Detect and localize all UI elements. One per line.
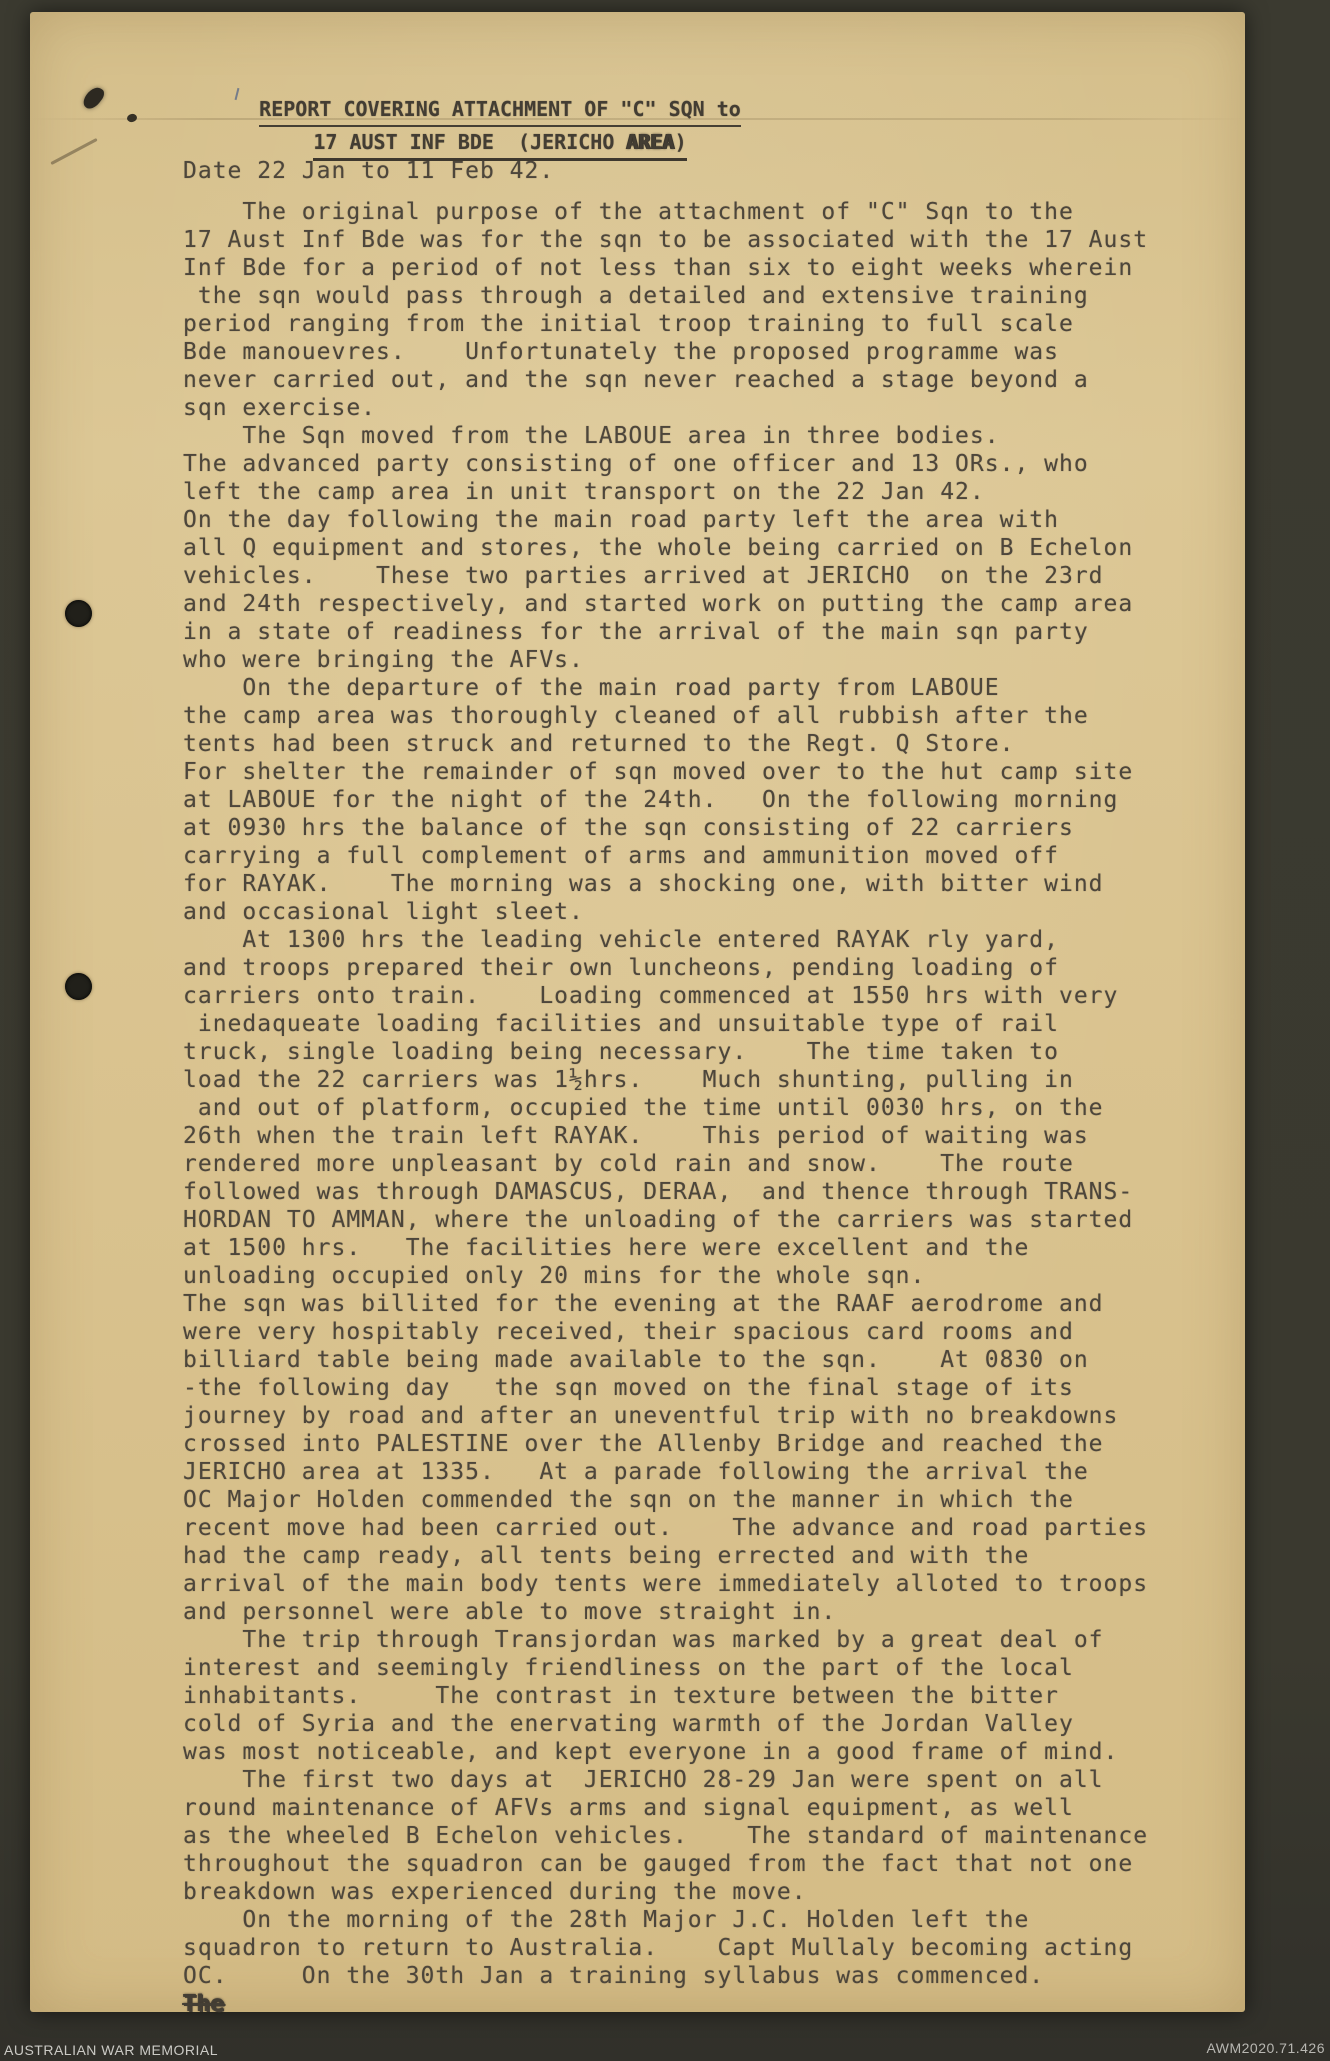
scanned-document-view: REPORT COVERING ATTACHMENT OF "C" SQN to… [0, 0, 1330, 2061]
report-title: REPORT COVERING ATTACHMENT OF "C" SQN to… [180, 94, 820, 161]
document-page: REPORT COVERING ATTACHMENT OF "C" SQN to… [30, 12, 1245, 2012]
catalogue-number-label: AWM2020.71.426 [1206, 2040, 1325, 2056]
report-title-line1: REPORT COVERING ATTACHMENT OF "C" SQN to [259, 94, 741, 127]
punch-hole [65, 973, 92, 1000]
overstruck-text: The [183, 1990, 225, 2018]
archive-name-label: AUSTRALIAN WAR MEMORIAL [4, 2042, 218, 2058]
date-line: Date 22 Jan to 11 Feb 42. [183, 158, 554, 184]
punch-hole [65, 600, 92, 627]
typed-paragraph: On the morning of the 28th Major J.C. Ho… [183, 1906, 1228, 1990]
typed-paragraph: At 1300 hrs the leading vehicle entered … [183, 926, 1228, 1626]
typed-paragraph: On the departure of the main road party … [183, 674, 1228, 926]
title-line2-suffix: ) [675, 130, 687, 154]
title-line2-prefix: 17 AUST INF BDE (JERICHO [313, 130, 626, 154]
paper-damage [50, 138, 97, 165]
typed-paragraph: The first two days at JERICHO 28-29 Jan … [183, 1766, 1228, 1906]
title-overstruck-word: AREA [626, 130, 674, 154]
typed-paragraph: The Sqn moved from the LABOUE area in th… [183, 422, 1228, 674]
paper-damage [126, 113, 138, 123]
report-title-line2: 17 AUST INF BDE (JERICHO AREA) [313, 127, 686, 161]
report-body: The original purpose of the attachment o… [183, 198, 1228, 2018]
typed-paragraph: The original purpose of the attachment o… [183, 198, 1228, 422]
typed-paragraph: The trip through Transjordan was marked … [183, 1626, 1228, 1766]
paper-damage [80, 84, 107, 112]
